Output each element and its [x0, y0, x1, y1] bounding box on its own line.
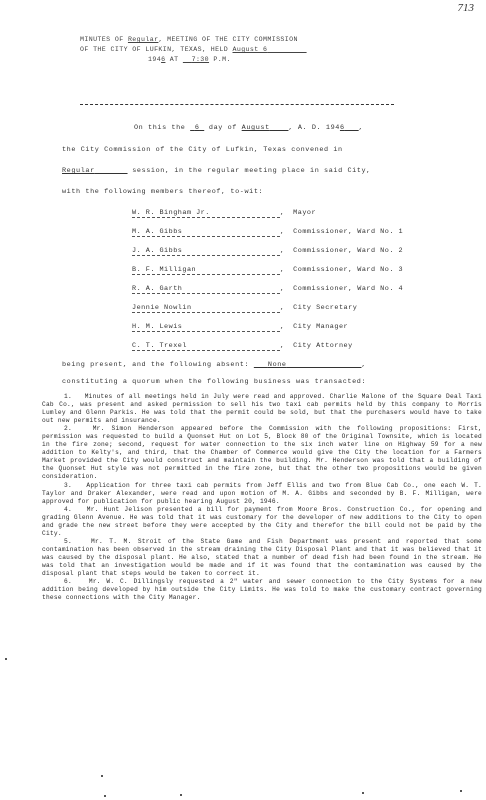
absent-label: being present, and the following absent: — [62, 361, 249, 369]
member-title: Commissioner, Ward No. 2 — [293, 247, 403, 255]
intro-text: , A. D. 194 — [288, 124, 339, 132]
agenda-item: 3. Application for three taxi cab permit… — [42, 482, 482, 506]
item-number: 3. — [64, 482, 72, 489]
agenda-item: 4. Mr. Hunt Jelison presented a bill for… — [42, 506, 482, 538]
meeting-date: August 6 — [233, 46, 268, 53]
member-row: H. M. Lewis, City Manager — [132, 323, 482, 332]
member-row: C. T. Trexel, City Attorney — [132, 342, 482, 351]
quorum-line: constituting a quorum when the following… — [62, 378, 366, 386]
header-text: , MEETING OF THE CITY COMMISSION — [158, 36, 297, 43]
member-title: City Secretary — [293, 304, 357, 312]
member-row: B. F. Milligan, Commissioner, Ward No. 3 — [132, 266, 482, 275]
item-number: 5. — [64, 538, 72, 545]
member-name: R. A. Garth — [132, 285, 280, 294]
item-number: 2. — [64, 425, 72, 432]
minutes-body: 1. Minutes of all meetings held in July … — [42, 393, 482, 602]
member-name: B. F. Milligan — [132, 266, 280, 275]
agenda-item: 1. Minutes of all meetings held in July … — [42, 393, 482, 425]
divider-rule — [80, 104, 394, 105]
member-row: J. A. Gibbs, Commissioner, Ward No. 2 — [132, 247, 482, 256]
header-line-1: MINUTES OF Regular, MEETING OF THE CITY … — [80, 35, 420, 45]
item-text: Mr. T. M. Stroit of the State Game and F… — [42, 538, 482, 577]
agenda-item: 5. Mr. T. M. Stroit of the State Game an… — [42, 538, 482, 578]
day-value: 6 — [195, 124, 200, 132]
member-row: Jennie Nowlin, City Secretary — [132, 304, 482, 313]
scan-speck — [5, 658, 7, 660]
scan-speck — [460, 790, 462, 792]
intro-line-3: Regular session, in the regular meeting … — [62, 167, 371, 175]
member-row: W. R. Bingham Jr., Mayor — [132, 209, 482, 218]
member-title: Commissioner, Ward No. 4 — [293, 285, 403, 293]
meeting-year: 6 — [161, 56, 165, 63]
absent-line: being present, and the following absent:… — [62, 361, 366, 369]
header-text: AT — [170, 56, 179, 63]
document-page: 713 MINUTES OF Regular, MEETING OF THE C… — [0, 0, 486, 800]
session-type: Regular — [62, 167, 95, 175]
scan-speck — [101, 775, 103, 777]
meeting-type: Regular — [128, 36, 159, 43]
member-name: Jennie Nowlin — [132, 304, 280, 313]
member-name: C. T. Trexel — [132, 342, 280, 351]
member-title: Mayor — [293, 209, 316, 217]
header-text: MINUTES OF — [80, 36, 124, 43]
minutes-header: MINUTES OF Regular, MEETING OF THE CITY … — [80, 35, 420, 65]
member-name: W. R. Bingham Jr. — [132, 209, 280, 218]
item-text: Minutes of all meetings held in July wer… — [42, 393, 482, 424]
item-text: Mr. Simon Henderson appeared before the … — [42, 425, 482, 480]
member-row: M. A. Gibbs, Commissioner, Ward No. 1 — [132, 228, 482, 237]
agenda-item: 2. Mr. Simon Henderson appeared before t… — [42, 425, 482, 481]
agenda-item: 6. Mr. W. C. Dillingsly requested a 2" w… — [42, 578, 482, 602]
member-title: City Manager — [293, 323, 348, 331]
member-name: H. M. Lewis — [132, 323, 280, 332]
month-value: August — [242, 124, 270, 132]
intro-line-1: On this the 6 day of August , A. D. 1946… — [134, 124, 363, 132]
item-text: Application for three taxi cab permits f… — [42, 482, 482, 505]
item-text: Mr. W. C. Dillingsly requested a 2" wate… — [42, 578, 482, 601]
item-number: 6. — [64, 578, 72, 585]
scan-speck — [180, 794, 182, 796]
scan-speck — [104, 795, 106, 797]
header-text: P.M. — [213, 56, 230, 63]
item-number: 4. — [64, 506, 72, 513]
intro-text: session, in the regular meeting place in… — [132, 167, 371, 175]
page-number: 713 — [458, 2, 475, 14]
item-number: 1. — [64, 393, 72, 400]
year-value: 6 — [340, 124, 345, 132]
absent-value: None — [268, 361, 287, 369]
header-text: 194 — [148, 56, 161, 63]
member-name: J. A. Gibbs — [132, 247, 280, 256]
member-title: Commissioner, Ward No. 1 — [293, 228, 403, 236]
member-name: M. A. Gibbs — [132, 228, 280, 237]
item-text: Mr. Hunt Jelison presented a bill for pa… — [42, 506, 482, 537]
meeting-time: 7:30 — [192, 56, 209, 63]
intro-text: On this the — [134, 124, 185, 132]
header-text: OF THE CITY OF LUFKIN, TEXAS, HELD — [80, 46, 228, 53]
intro-line-2: the City Commission of the City of Lufki… — [62, 146, 343, 154]
member-title: City Attorney — [293, 342, 353, 350]
header-line-3: 1946 AT 7:30 P.M. — [80, 55, 420, 65]
scan-speck — [362, 792, 364, 794]
member-row: R. A. Garth, Commissioner, Ward No. 4 — [132, 285, 482, 294]
intro-line-4: with the following members thereof, to-w… — [62, 188, 263, 196]
intro-text: day of — [209, 124, 237, 132]
header-line-2: OF THE CITY OF LUFKIN, TEXAS, HELD Augus… — [80, 45, 420, 55]
member-title: Commissioner, Ward No. 3 — [293, 266, 403, 274]
